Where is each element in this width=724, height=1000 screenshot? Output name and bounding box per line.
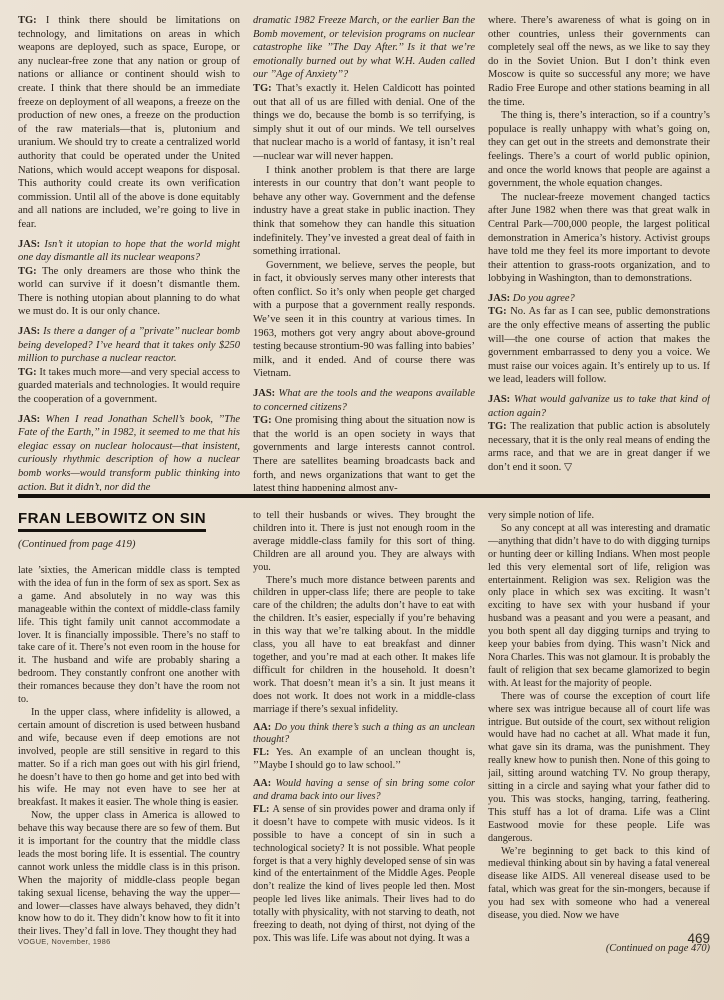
interview-section: TG: I think there should be limitations … [18,14,710,491]
paragraph: TG: The realization that public action i… [488,420,710,474]
lebowitz-column-2: to tell their husbands or wives. They br… [253,510,475,956]
speaker-label: JAS: [253,388,278,399]
paragraph: JAS: When I read Jonathan Schell’s book,… [18,413,240,491]
speaker-label: JAS: [18,326,43,337]
speaker-label: TG: [18,266,42,277]
paragraph: FL: Yes. An example of an unclean though… [253,747,475,773]
speaker-label: TG: [18,15,46,26]
paragraph: TG: That’s exactly it. Helen Caldicott h… [253,82,475,164]
paragraph: late ’sixties, the American middle class… [18,565,240,707]
end-of-article-icon: ▽ [561,462,572,473]
paragraph: TG: I think there should be limitations … [18,14,240,232]
lebowitz-column-1: FRAN LEBOWITZ ON SIN (Continued from pag… [18,510,240,956]
paragraph: JAS: What would galvanize us to take tha… [488,393,710,420]
section-divider [18,494,710,498]
speaker-label: JAS: [18,414,46,425]
continued-from-note: (Continued from page 419) [18,538,240,550]
paragraph: The nuclear-freeze movement changed tact… [488,191,710,286]
section-heading: FRAN LEBOWITZ ON SIN [18,510,206,532]
lebowitz-section: FRAN LEBOWITZ ON SIN (Continued from pag… [18,510,710,956]
paragraph: Now, the upper class in America is allow… [18,810,240,939]
speaker-label: TG: [488,421,510,432]
interview-column-2: dramatic 1982 Freeze March, or the earli… [253,14,475,491]
paragraph: TG: One promising thing about the situat… [253,414,475,491]
paragraph: Government, we believe, serves the peopl… [253,259,475,381]
lebowitz-column-3: (Continued on page 470) very simple noti… [488,510,710,956]
speaker-label: TG: [253,83,276,94]
interview-column-1: TG: I think there should be limitations … [18,14,240,491]
paragraph: TG: It takes much more—and very special … [18,366,240,407]
paragraph: where. There’s awareness of what is goin… [488,14,710,109]
speaker-label: JAS: [488,293,513,304]
paragraph: In the upper class, where infidelity is … [18,707,240,810]
magazine-credit: VOGUE, November, 1986 [18,937,111,946]
paragraph: We’re beginning to get back to this kind… [488,846,710,923]
speaker-label: TG: [253,415,275,426]
paragraph: FL: A sense of sin provides power and dr… [253,804,475,946]
speaker-label: TG: [18,367,39,378]
interview-column-3: where. There’s awareness of what is goin… [488,14,710,491]
paragraph: There’s much more distance between paren… [253,575,475,717]
speaker-label: JAS: [488,394,514,405]
paragraph: dramatic 1982 Freeze March, or the earli… [253,14,475,82]
magazine-page: TG: I think there should be limitations … [0,0,724,956]
speaker-label: TG: [488,306,510,317]
paragraph: The thing is, there’s interaction, so if… [488,109,710,191]
paragraph: JAS: Isn’t it utopian to hope that the w… [18,238,240,265]
paragraph: AA: Would having a sense of sin bring so… [253,778,475,804]
speaker-label: AA: [253,778,275,789]
paragraph: So any concept at all was interesting an… [488,523,710,691]
section-header: FRAN LEBOWITZ ON SIN (Continued from pag… [18,510,240,550]
paragraph: TG: The only dreamers are those who thin… [18,265,240,319]
paragraph: JAS: What are the tools and the weapons … [253,387,475,414]
page-number: 469 [687,931,710,946]
speaker-label: AA: [253,722,274,733]
speaker-label: FL: [253,747,276,758]
paragraph: very simple notion of life. [488,510,710,523]
paragraph: There was of course the exception of cou… [488,691,710,846]
paragraph: JAS: Is there a danger of a ’’private’’ … [18,325,240,366]
speaker-label: JAS: [18,239,44,250]
paragraph: JAS: Do you agree? [488,292,710,306]
paragraph: I think another problem is that there ar… [253,164,475,259]
paragraph: TG: No. As far as I can see, public demo… [488,305,710,387]
page-footer: VOGUE, November, 1986 469 [18,931,710,946]
paragraph: to tell their husbands or wives. They br… [253,510,475,575]
paragraph: AA: Do you think there’s such a thing as… [253,722,475,748]
speaker-label: FL: [253,804,273,815]
